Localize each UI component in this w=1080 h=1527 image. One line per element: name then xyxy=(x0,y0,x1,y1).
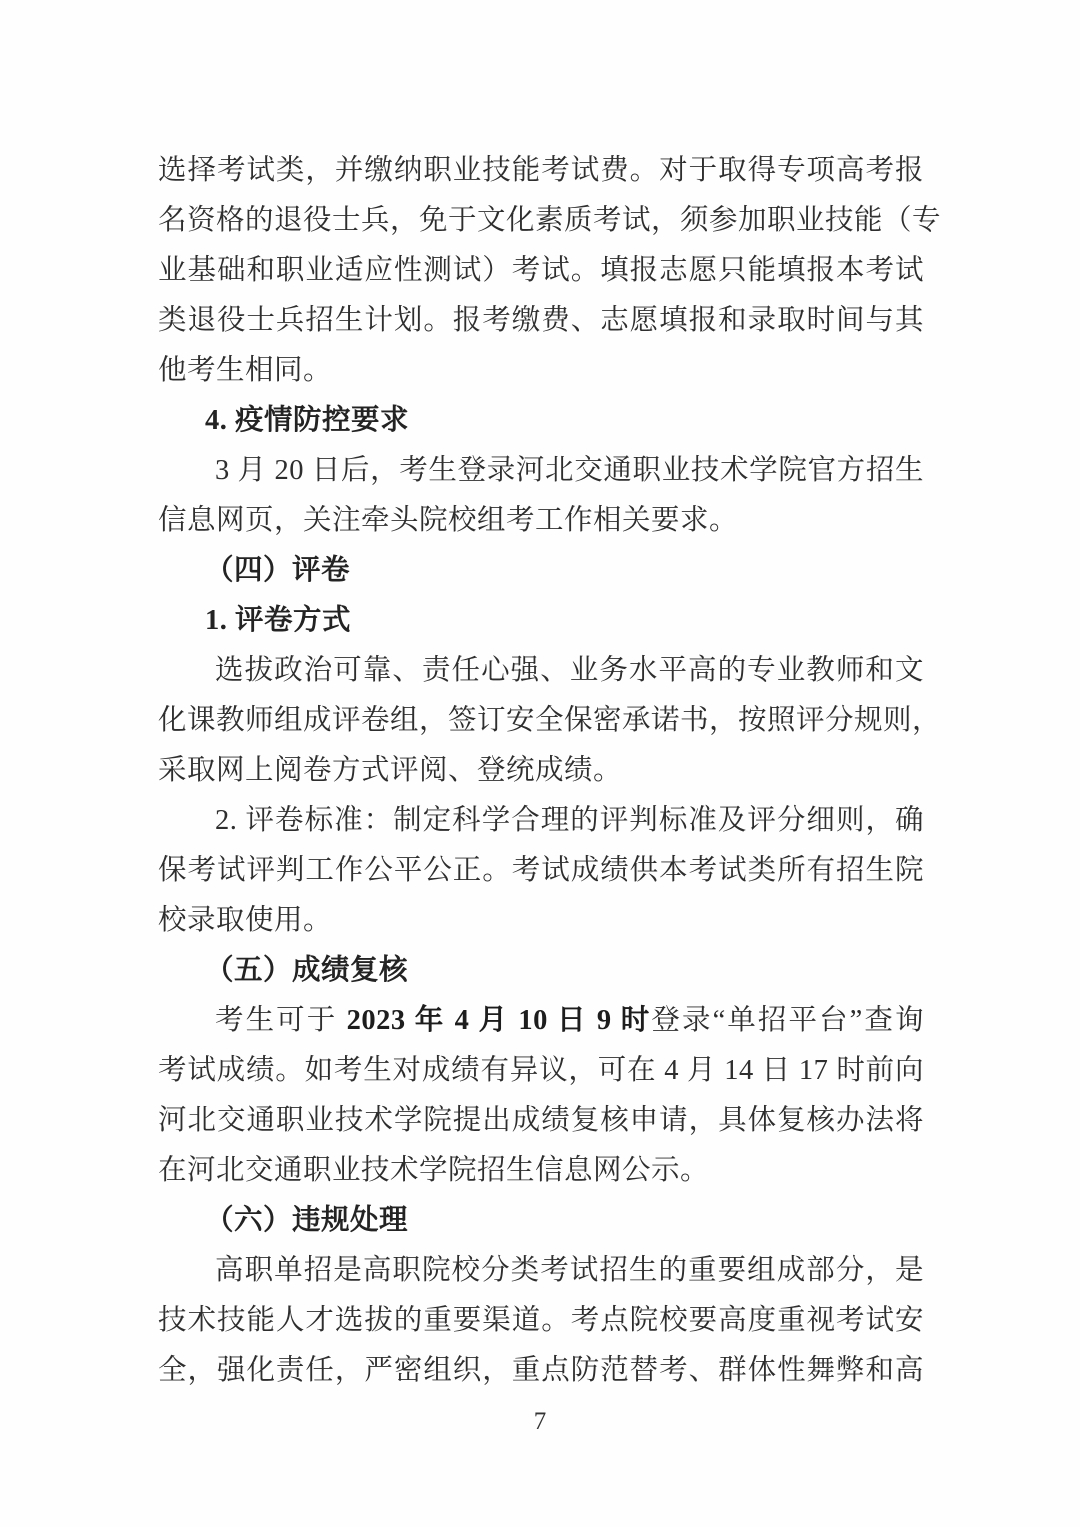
text-line: 类退役士兵招生计划。报考缴费、志愿填报和录取时间与其 xyxy=(158,296,924,346)
body-text: 登录“单招平台”查询 xyxy=(651,1005,924,1036)
section-heading: 4. 疫情防控要求 xyxy=(158,396,924,446)
text-line: 业基础和职业适应性测试）考试。填报志愿只能填报本考试 xyxy=(158,246,924,296)
text-line: 3 月 20 日后，考生登录河北交通职业技术学院官方招生 xyxy=(158,446,924,496)
page-number: 7 xyxy=(0,1402,1080,1442)
paragraph: 选择考试类，并缴纳职业技能考试费。对于取得专项高考报名资格的退役士兵，免于文化素… xyxy=(158,146,924,396)
paragraph: 2. 评卷标准：制定科学合理的评判标准及评分细则，确保考试评判工作公平公正。考试… xyxy=(158,796,924,946)
bold-date-text: 2023 年 4 月 10 日 9 时 xyxy=(347,1005,652,1036)
text-line: 高职单招是高职院校分类考试招生的重要组成部分，是 xyxy=(158,1246,924,1296)
paragraph: 选拔政治可靠、责任心强、业务水平高的专业教师和文化课教师组成评卷组，签订安全保密… xyxy=(158,646,924,796)
section-heading: 1. 评卷方式 xyxy=(158,596,924,646)
text-line: 信息网页，关注牵头院校组考工作相关要求。 xyxy=(158,496,924,546)
text-line: 选择考试类，并缴纳职业技能考试费。对于取得专项高考报 xyxy=(158,146,924,196)
section-heading: （六）违规处理 xyxy=(158,1196,924,1246)
text-line: 在河北交通职业技术学院招生信息网公示。 xyxy=(158,1146,924,1196)
section-heading: （四）评卷 xyxy=(158,546,924,596)
text-line: 化课教师组成评卷组，签订安全保密承诺书，按照评分规则， xyxy=(158,696,924,746)
body-text: 考生可于 xyxy=(215,1005,347,1036)
text-line: 采取网上阅卷方式评阅、登统成绩。 xyxy=(158,746,924,796)
text-line: 技术技能人才选拔的重要渠道。考点院校要高度重视考试安 xyxy=(158,1296,924,1346)
text-line: 选拔政治可靠、责任心强、业务水平高的专业教师和文 xyxy=(158,646,924,696)
text-line: 校录取使用。 xyxy=(158,896,924,946)
section-heading: （五）成绩复核 xyxy=(158,946,924,996)
text-line: 考生可于 2023 年 4 月 10 日 9 时登录“单招平台”查询 xyxy=(158,996,924,1046)
paragraph: 高职单招是高职院校分类考试招生的重要组成部分，是技术技能人才选拔的重要渠道。考点… xyxy=(158,1246,924,1396)
page-content: 选择考试类，并缴纳职业技能考试费。对于取得专项高考报名资格的退役士兵，免于文化素… xyxy=(158,146,924,1396)
text-line: 名资格的退役士兵，免于文化素质考试，须参加职业技能（专 xyxy=(158,196,924,246)
text-line: 全，强化责任，严密组织，重点防范替考、群体性舞弊和高 xyxy=(158,1346,924,1396)
text-line: 考试成绩。如考生对成绩有异议，可在 4 月 14 日 17 时前向 xyxy=(158,1046,924,1096)
text-line: 保考试评判工作公平公正。考试成绩供本考试类所有招生院 xyxy=(158,846,924,896)
text-line: 他考生相同。 xyxy=(158,346,924,396)
paragraph: 3 月 20 日后，考生登录河北交通职业技术学院官方招生信息网页，关注牵头院校组… xyxy=(158,446,924,546)
text-line: 河北交通职业技术学院提出成绩复核申请，具体复核办法将 xyxy=(158,1096,924,1146)
document-page: 选择考试类，并缴纳职业技能考试费。对于取得专项高考报名资格的退役士兵，免于文化素… xyxy=(0,0,1080,1527)
text-line: 2. 评卷标准：制定科学合理的评判标准及评分细则，确 xyxy=(158,796,924,846)
paragraph: 考生可于 2023 年 4 月 10 日 9 时登录“单招平台”查询考试成绩。如… xyxy=(158,996,924,1196)
